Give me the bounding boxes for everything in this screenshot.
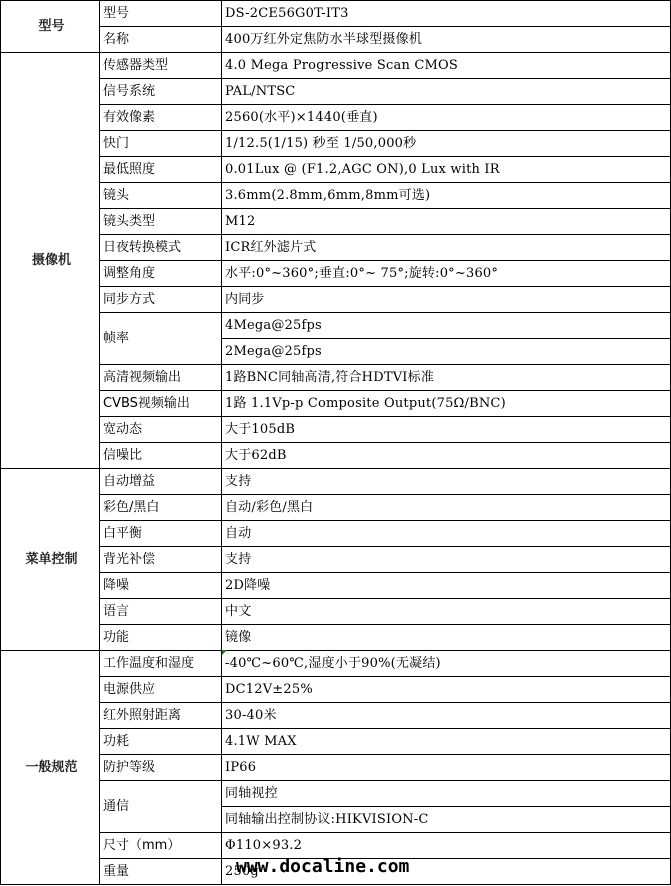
spec-value: 大于62dB	[222, 443, 671, 469]
spec-label: 名称	[100, 27, 222, 53]
spec-label: 功能	[100, 625, 222, 651]
group-title: 一般规范	[1, 651, 100, 885]
spec-value: 大于105dB	[222, 417, 671, 443]
spec-label: 功耗	[100, 729, 222, 755]
spec-value: 2560(水平)×1440(垂直)	[222, 105, 671, 131]
spec-label: 帧率	[100, 313, 222, 365]
table-row: 降噪2D降噪	[1, 573, 671, 599]
spec-value: -40℃~60℃,湿度小于90%(无凝结)	[222, 651, 671, 677]
table-row: 同步方式内同步	[1, 287, 671, 313]
table-row: 功耗4.1W MAX	[1, 729, 671, 755]
table-row: 最低照度0.01Lux @ (F1.2,AGC ON),0 Lux with I…	[1, 157, 671, 183]
table-row: 快门1/12.5(1/15) 秒至 1/50,000秒	[1, 131, 671, 157]
spec-label: 快门	[100, 131, 222, 157]
spec-value: 2Mega@25fps	[222, 339, 671, 365]
spec-value: PAL/NTSC	[222, 79, 671, 105]
spec-label: 电源供应	[100, 677, 222, 703]
table-row: 调整角度水平:0°~360°;垂直:0°~ 75°;旋转:0°~360°	[1, 261, 671, 287]
spec-label: 工作温度和湿度	[100, 651, 222, 677]
spec-value: DC12V±25%	[222, 677, 671, 703]
spec-value: 支持	[222, 469, 671, 495]
spec-value: IP66	[222, 755, 671, 781]
spec-label: 防护等级	[100, 755, 222, 781]
spec-value: 4.1W MAX	[222, 729, 671, 755]
spec-value: 镜像	[222, 625, 671, 651]
spec-value: DS-2CE56G0T-IT3	[222, 1, 671, 27]
spec-value: 水平:0°~360°;垂直:0°~ 75°;旋转:0°~360°	[222, 261, 671, 287]
spec-value: 支持	[222, 547, 671, 573]
table-row: CVBS视频输出1路 1.1Vp-p Composite Output(75Ω/…	[1, 391, 671, 417]
table-row: 有效像素2560(水平)×1440(垂直)	[1, 105, 671, 131]
spec-label: 重量	[100, 859, 222, 885]
table-row: 红外照射距离30-40米	[1, 703, 671, 729]
spec-label: 宽动态	[100, 417, 222, 443]
spec-label: 信号系统	[100, 79, 222, 105]
table-row: 尺寸（mm）Φ110×93.2	[1, 833, 671, 859]
table-row: 彩色/黑白自动/彩色/黑白	[1, 495, 671, 521]
table-row: 镜头类型M12	[1, 209, 671, 235]
spec-value: 中文	[222, 599, 671, 625]
table-row: 摄像机传感器类型4.0 Mega Progressive Scan CMOS	[1, 53, 671, 79]
spec-value: 2D降噪	[222, 573, 671, 599]
spec-value: M12	[222, 209, 671, 235]
table-row: 语言中文	[1, 599, 671, 625]
table-row: 日夜转换模式ICR红外滤片式	[1, 235, 671, 261]
table-row: 通信同轴视控	[1, 781, 671, 807]
table-row: 电源供应DC12V±25%	[1, 677, 671, 703]
table-row: 高清视频输出1路BNC同轴高清,符合HDTVI标准	[1, 365, 671, 391]
spec-label: 彩色/黑白	[100, 495, 222, 521]
spec-value: 1/12.5(1/15) 秒至 1/50,000秒	[222, 131, 671, 157]
spec-label: 调整角度	[100, 261, 222, 287]
table-row: 信号系统PAL/NTSC	[1, 79, 671, 105]
table-row: 防护等级IP66	[1, 755, 671, 781]
spec-label: 尺寸（mm）	[100, 833, 222, 859]
spec-label: 信噪比	[100, 443, 222, 469]
table-row: 型号型号DS-2CE56G0T-IT3	[1, 1, 671, 27]
spec-label: 红外照射距离	[100, 703, 222, 729]
spec-value: 4.0 Mega Progressive Scan CMOS	[222, 53, 671, 79]
spec-value: 400万红外定焦防水半球型摄像机	[222, 27, 671, 53]
group-title: 菜单控制	[1, 469, 100, 651]
table-row: 信噪比大于62dB	[1, 443, 671, 469]
spec-label: 型号	[100, 1, 222, 27]
cell-comment-marker	[222, 650, 227, 655]
spec-label: 降噪	[100, 573, 222, 599]
spec-value: 自动/彩色/黑白	[222, 495, 671, 521]
spec-label: 镜头类型	[100, 209, 222, 235]
spec-value: 3.6mm(2.8mm,6mm,8mm可选)	[222, 183, 671, 209]
spec-value: ICR红外滤片式	[222, 235, 671, 261]
spec-table: 型号型号DS-2CE56G0T-IT3名称400万红外定焦防水半球型摄像机摄像机…	[0, 0, 671, 885]
spec-label: 语言	[100, 599, 222, 625]
spec-label: 日夜转换模式	[100, 235, 222, 261]
spec-value: Φ110×93.2	[222, 833, 671, 859]
table-row: 帧率4Mega@25fps	[1, 313, 671, 339]
table-row: 菜单控制自动增益支持	[1, 469, 671, 495]
group-title: 型号	[1, 1, 100, 53]
spec-label: 高清视频输出	[100, 365, 222, 391]
spec-value: 自动	[222, 521, 671, 547]
spec-value: 内同步	[222, 287, 671, 313]
table-row: 功能镜像	[1, 625, 671, 651]
spec-label: 最低照度	[100, 157, 222, 183]
spec-label: 同步方式	[100, 287, 222, 313]
table-row: 白平衡自动	[1, 521, 671, 547]
watermark: www.docaline.com	[236, 856, 409, 877]
spec-label: 白平衡	[100, 521, 222, 547]
spec-value: 1路 1.1Vp-p Composite Output(75Ω/BNC)	[222, 391, 671, 417]
spec-value: 30-40米	[222, 703, 671, 729]
spec-value: 0.01Lux @ (F1.2,AGC ON),0 Lux with IR	[222, 157, 671, 183]
table-row: 一般规范工作温度和湿度-40℃~60℃,湿度小于90%(无凝结)	[1, 651, 671, 677]
group-title: 摄像机	[1, 53, 100, 469]
spec-label: 有效像素	[100, 105, 222, 131]
spec-label: 背光补偿	[100, 547, 222, 573]
table-row: 背光补偿支持	[1, 547, 671, 573]
spec-value: 同轴视控	[222, 781, 671, 807]
spec-label: 通信	[100, 781, 222, 833]
spec-label: CVBS视频输出	[100, 391, 222, 417]
table-row: 宽动态大于105dB	[1, 417, 671, 443]
spec-label: 镜头	[100, 183, 222, 209]
table-row: 镜头3.6mm(2.8mm,6mm,8mm可选)	[1, 183, 671, 209]
spec-label: 自动增益	[100, 469, 222, 495]
spec-value: 同轴输出控制协议:HIKVISION-C	[222, 807, 671, 833]
table-row: 名称400万红外定焦防水半球型摄像机	[1, 27, 671, 53]
spec-label: 传感器类型	[100, 53, 222, 79]
spec-value: 4Mega@25fps	[222, 313, 671, 339]
spec-value: 1路BNC同轴高清,符合HDTVI标准	[222, 365, 671, 391]
